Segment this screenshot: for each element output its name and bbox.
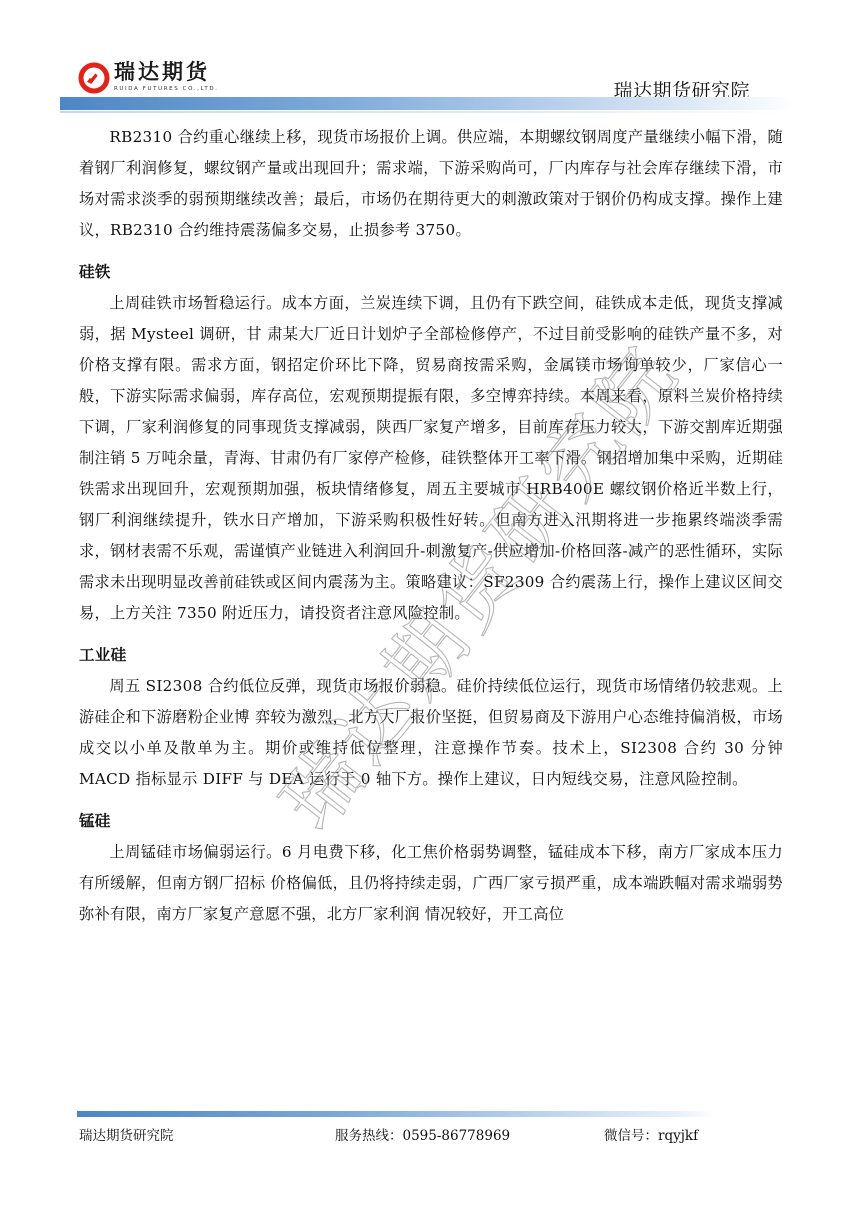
logo-english-name: RUIDA FUTURES CO.,LTD. bbox=[114, 85, 219, 93]
section-paragraph-ferrosilicon: 上周硅铁市场暂稳运行。成本方面，兰炭连续下调，且仍有下跌空间，硅铁成本走低，现货… bbox=[79, 288, 783, 629]
section-paragraph-industrial-silicon: 周五 SI2308 合约低位反弹，现货市场报价弱稳。硅价持续低位运行，现货市场情… bbox=[79, 671, 783, 795]
logo-chinese-name: 瑞达期货 bbox=[114, 60, 219, 84]
section-heading-silicomanganese: 锰硅 bbox=[79, 806, 783, 837]
document-body: RB2310 合约重心继续上移，现货市场报价上调。供应端，本期螺纹钢周度产量继续… bbox=[79, 122, 783, 930]
ruida-logo-icon bbox=[78, 62, 110, 94]
section-heading-industrial-silicon: 工业硅 bbox=[79, 640, 783, 671]
header-divider bbox=[60, 111, 795, 113]
rebar-paragraph: RB2310 合约重心继续上移，现货市场报价上调。供应端，本期螺纹钢周度产量继续… bbox=[79, 122, 783, 246]
company-logo: 瑞达期货 RUIDA FUTURES CO.,LTD. bbox=[78, 60, 219, 100]
header-gradient-bar bbox=[60, 97, 795, 110]
section-heading-ferrosilicon: 硅铁 bbox=[79, 257, 783, 288]
section-paragraph-silicomanganese: 上周锰硅市场偏弱运行。6 月电费下移，化工焦价格弱势调整，锰硅成本下移，南方厂家… bbox=[79, 837, 783, 930]
footer-institute-name: 瑞达期货研究院 bbox=[79, 1124, 174, 1144]
page-header: 瑞达期货 RUIDA FUTURES CO.,LTD. 瑞达期货研究院 bbox=[0, 0, 860, 110]
page-footer: 瑞达期货研究院 服务热线：0595-86778969 微信号：rqyjkf bbox=[79, 1124, 779, 1146]
footer-wechat: 微信号：rqyjkf bbox=[604, 1124, 698, 1144]
footer-hotline: 服务热线：0595-86778969 bbox=[335, 1124, 510, 1144]
footer-gradient-bar bbox=[77, 1111, 715, 1117]
